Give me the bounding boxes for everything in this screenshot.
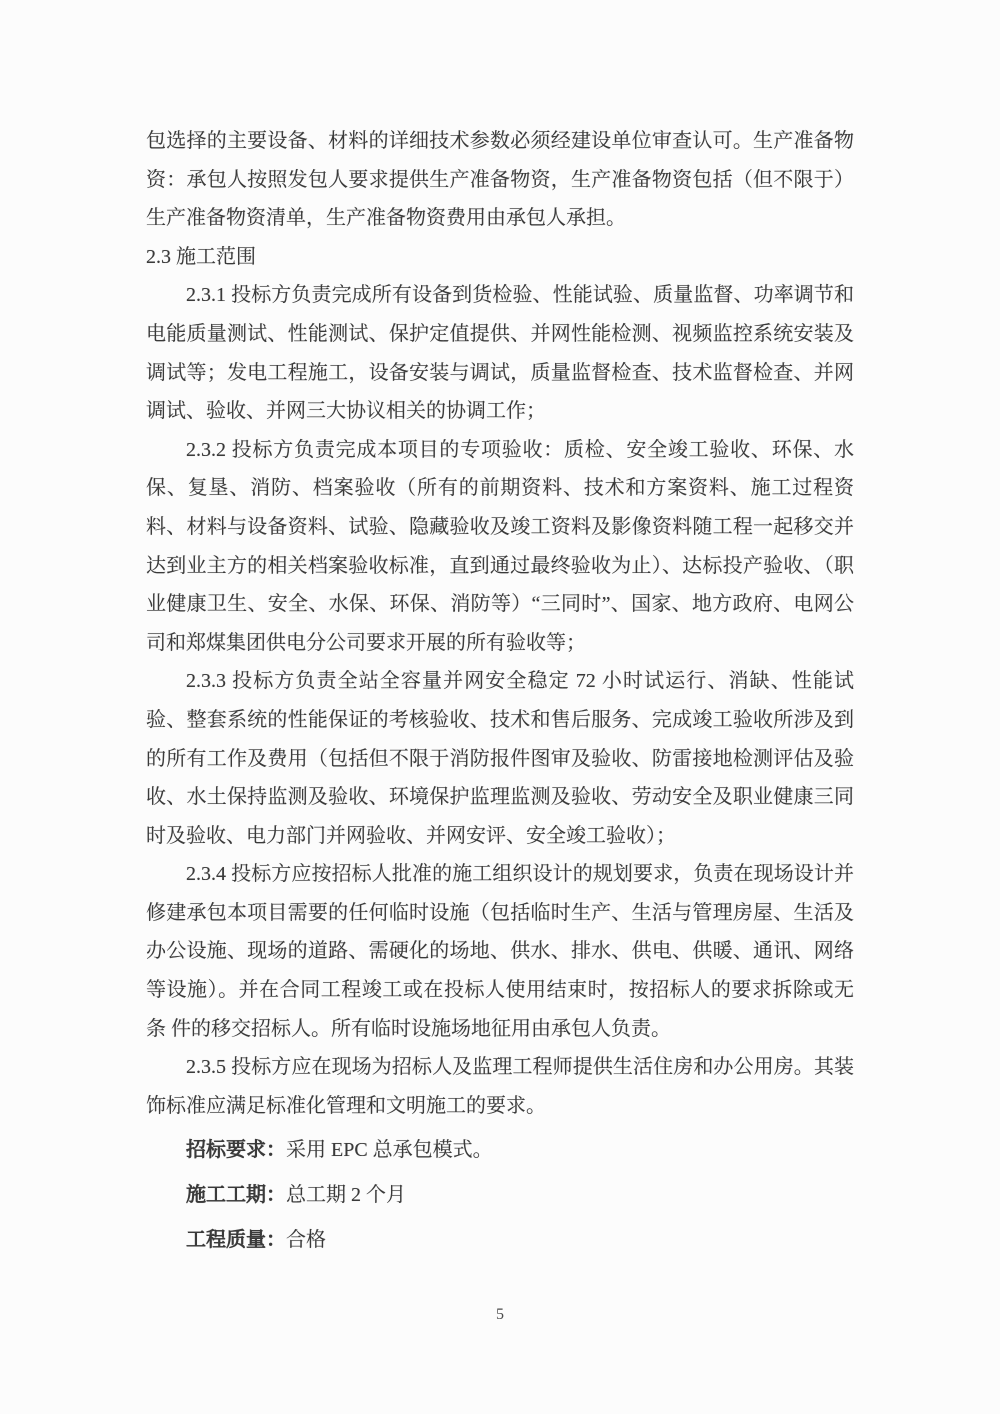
requirement-construction-period: 施工工期：总工期 2 个月 — [146, 1176, 854, 1215]
document-page: 包选择的主要设备、材料的详细技术参数必须经建设单位审查认可。生产准备物资：承包人… — [0, 0, 1000, 1414]
clause-2-3-3: 2.3.3 投标方负责全站全容量并网安全稳定 72 小时试运行、消缺、性能试验、… — [146, 662, 854, 855]
page-number: 5 — [0, 1306, 1000, 1324]
requirement-value: 合格 — [286, 1229, 326, 1251]
clause-2-3-1: 2.3.1 投标方负责完成所有设备到货检验、性能试验、质量监督、功率调节和电能质… — [146, 276, 854, 430]
requirement-label: 工程质量： — [186, 1229, 286, 1251]
requirement-project-quality: 工程质量：合格 — [146, 1221, 854, 1260]
clause-2-3-2: 2.3.2 投标方负责完成本项目的专项验收：质检、安全竣工验收、环保、水保、复垦… — [146, 431, 854, 663]
requirement-label: 施工工期： — [186, 1184, 286, 1206]
page-body: 包选择的主要设备、材料的详细技术参数必须经建设单位审查认可。生产准备物资：承包人… — [146, 122, 854, 1259]
requirement-value: 采用 EPC 总承包模式。 — [286, 1139, 493, 1161]
requirement-label: 招标要求： — [186, 1139, 286, 1161]
clause-2-3-4: 2.3.4 投标方应按招标人批准的施工组织设计的规划要求，负责在现场设计并修建承… — [146, 855, 854, 1048]
requirement-bidding-mode: 招标要求：采用 EPC 总承包模式。 — [146, 1131, 854, 1170]
paragraph-intro: 包选择的主要设备、材料的详细技术参数必须经建设单位审查认可。生产准备物资：承包人… — [146, 122, 854, 238]
clause-2-3-5: 2.3.5 投标方应在现场为招标人及监理工程师提供生活住房和办公用房。其装饰标准… — [146, 1048, 854, 1125]
section-heading-2-3: 2.3 施工范围 — [146, 238, 854, 277]
requirement-value: 总工期 2 个月 — [286, 1184, 406, 1206]
